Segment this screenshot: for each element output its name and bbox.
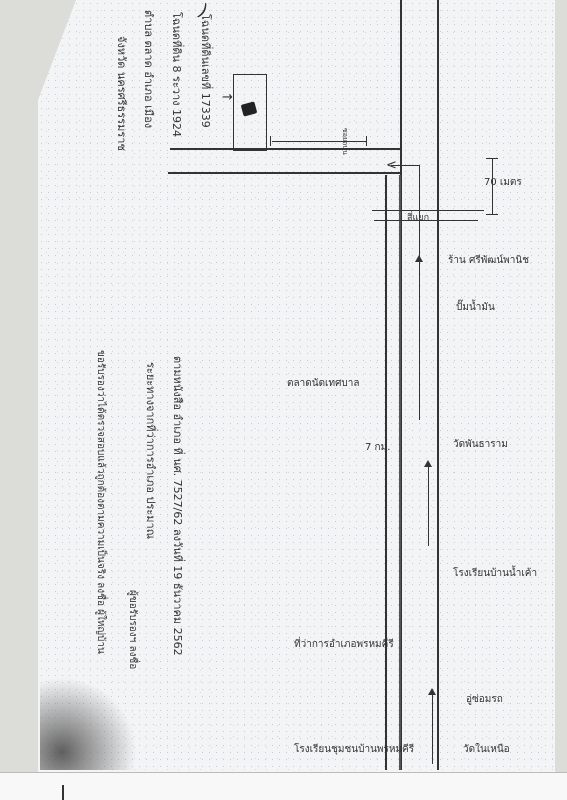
note-reference: ตามหนังสือ อำเภอ ที่ นศ. 7527/62 ลงวันที… [169,356,187,656]
plot-dimension-tick [270,136,271,146]
km-marker-label: 7 กม. [365,440,390,455]
gas-station-label: ปั๊มน้ำมัน [456,300,495,315]
distance-label: 70 เมตร [484,175,522,190]
side-road-left-edge [385,175,387,770]
route-line-segment [419,262,420,342]
school-label-2: โรงเรียนชุมชนบ้านพรหมคีรี [294,742,414,757]
soi-road-top-edge [170,148,400,150]
route-line-segment-3 [432,694,433,764]
owner-line-4: จังหวัด นครศรีธรรมราช [113,36,131,151]
house-pointer-arrow-icon: → [222,90,233,105]
side-road-right-edge [399,175,401,770]
owner-line-3: ตำบล ตลาด อำเภอ เมือง [140,10,158,128]
note-signature: ผู้ขอรับรองฯ ลงชื่อ [125,590,140,669]
district-office-label: ที่ว่าการอำเภอพรหมคีรี [294,637,394,652]
temple-label-1: วัดพันธาราม [453,437,508,452]
note-certification: ขอรับรองว่าได้ตรวจสอบแล้วถูกต้องตามความเ… [93,350,108,654]
plot-dimension-tick-2 [366,136,367,146]
distance-bracket-top [486,158,498,159]
garage-label: อู่ซ่อมรถ [466,692,503,707]
temple-label-2: วัดในเหนือ [463,742,510,757]
route-line-segment-2 [428,466,429,546]
owner-line-1: โฉนดที่ดินเลขที่ 17339 [197,14,215,128]
market-label: ตลาดนัดเทศบาล [287,376,360,391]
route-arrow-left-icon: < [386,158,397,173]
route-arrow-up-icon [415,255,423,262]
plot-width-dimension [272,141,367,142]
shop-label: ร้าน ศรีพัฒน์พานิช [448,253,529,268]
soi-road-bottom-edge [168,172,400,174]
junction-label: สี่แยก [407,210,429,224]
road-width-label: ซอยถนน [339,128,350,155]
house-marker-icon [241,101,258,116]
note-distance: ระยะทางจากที่ว่าการอำเภอ ประมาณ [142,362,160,539]
main-road-right-edge [437,0,439,770]
school-label-1: โรงเรียนบ้านน้ำเค้า [453,566,537,581]
land-plot [233,74,267,151]
page-mark [62,785,64,800]
owner-line-2: โฉนดที่ดิน 8 ระวาง 1924 [168,12,186,137]
distance-bracket-bottom [486,214,498,215]
page-edge [0,772,567,800]
